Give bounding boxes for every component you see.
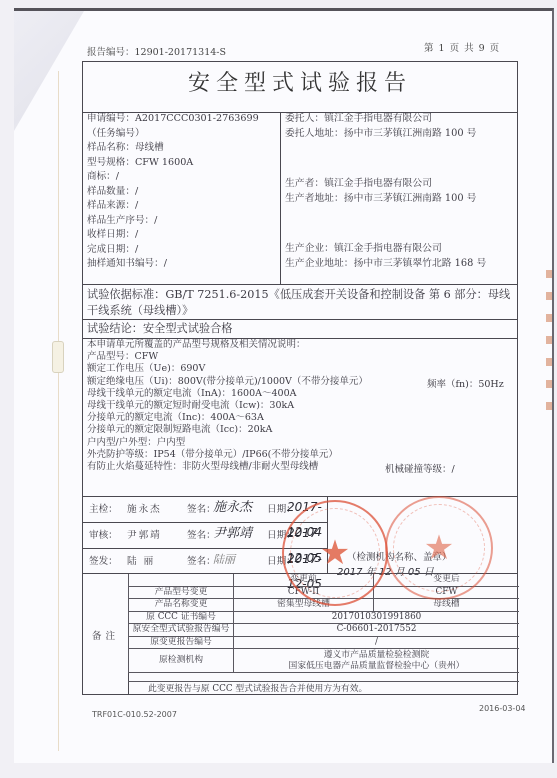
form-date: 2016-03-04 [479, 704, 526, 713]
producer-address: 生产者地址：扬中市三茅镇江洲南路 100 号 [280, 192, 519, 207]
handwritten-signature: 施永杰 [213, 495, 252, 520]
table-row: 原 CCC 证书编号 2017010301991860 [129, 611, 520, 624]
spec-ip-rating: 外壳防护等级：IP54（带分接单元）/IP66(不带分接单元） [87, 449, 513, 461]
report-frame: 安全型式试验报告 申请编号：A2017CCC0301-2763699 （任务编号… [82, 61, 518, 695]
institution-seal-stamp: ★ [385, 496, 493, 600]
table-row: 原变更报告编号 / [129, 636, 520, 649]
star-icon: ★ [320, 536, 350, 570]
report-number: 报告编号：12901-20171314-S [87, 44, 226, 58]
original-institution-2: 国家低压电器产品质量监督检验中心（贵州） [234, 661, 519, 672]
test-conclusion: 试验结论：安全型式试验合格 [83, 320, 517, 339]
client-address: 委托人地址：扬中市三茅镇江洲南路 100 号 [280, 127, 519, 142]
applicant-info: 申请编号：A2017CCC0301-2763699 （任务编号） 样品名称：母线… [83, 112, 281, 284]
sample-serial: 样品生产序号：/ [83, 214, 280, 229]
spec-intro: 本申请单元所覆盖的产品型号规格及相关情况说明： [87, 339, 513, 351]
party-info: 委托人：镇江金手指电器有限公司 委托人地址：扬中市三茅镇江洲南路 100 号 生… [280, 112, 519, 284]
folded-corner [14, 11, 84, 131]
spec-indoor-outdoor: 户内型/户外型：户内型 [87, 437, 513, 449]
spec-short-circuit-current: 分接单元的额定限制短路电流（Icc)：20kA [87, 424, 513, 436]
producer-name: 生产者：镇江金手指电器有限公司 [280, 177, 519, 192]
spec-frequency: 频率（fn)：50Hz [427, 376, 504, 390]
binding-line [58, 71, 59, 751]
spec-tapoff-current: 分接单元的额定电流（Inc)：400A～63A [87, 412, 513, 424]
table-row: 原安全型式试验报告编号 C-06601-2017552 [129, 624, 520, 637]
remarks-label: 备注 [83, 574, 129, 695]
client-name: 委托人：镇江金手指电器有限公司 [280, 112, 519, 127]
test-basis: 试验依据标准：GB/T 7251.6-2015《低压成套开关设备和控制设备 第 … [83, 284, 517, 320]
spec-rated-voltage: 额定工作电压（Ue)：690V [87, 363, 513, 375]
remarks-note: 此变更报告与原 CCC 型式试验报告合并使用方为有效。 [128, 681, 519, 695]
page-info: 第 1 页 共 9 页 [424, 40, 500, 54]
model-spec: 型号规格：CFW 1600A [83, 156, 280, 171]
original-institution-1: 遵义市产品质量检验检测院 [234, 650, 519, 661]
staple [52, 341, 64, 373]
product-specs: 本申请单元所覆盖的产品型号规格及相关情况说明： 产品型号：CFW 额定工作电压（… [83, 339, 517, 497]
sample-source: 样品来源：/ [83, 199, 280, 214]
star-icon: ★ [424, 531, 454, 565]
sampling-notice-number: 抽样通知书编号：/ [83, 257, 280, 272]
signature-row-inspector: 主检： 施永杰 签名： 施永杰 日期： 2017-12-04 [83, 497, 327, 523]
sample-quantity: 样品数量：/ [83, 185, 280, 200]
inspection-seal-stamp: ★ [282, 500, 388, 606]
handwritten-signature: 尹郭靖 [213, 521, 252, 546]
form-code: TRF01C-010.52-2007 [92, 710, 177, 719]
application-number: 申请编号：A2017CCC0301-2763699 [83, 112, 280, 127]
spec-model: 产品型号：CFW [87, 351, 513, 363]
report-title: 安全型式试验报告 [83, 62, 517, 113]
handwritten-signature: 陆丽 [213, 547, 235, 572]
manufacturer-address: 生产企业地址：扬中市三茅镇翠竹北路 168 号 [280, 257, 519, 272]
spec-short-time-current: 母线干线单元的额定短时耐受电流（Icw)：30kA [87, 400, 513, 412]
spec-mechanical-impact: 机械碰撞等级：/ [385, 461, 455, 475]
task-number-label: （任务编号） [83, 127, 280, 142]
manufacturer-name: 生产企业：镇江金手指电器有限公司 [280, 242, 519, 257]
table-row: 原检测机构 遵义市产品质量检验检测院 国家低压电器产品质量监督检验中心（贵州） [129, 649, 520, 673]
sample-name: 样品名称：母线槽 [83, 141, 280, 156]
receipt-date: 收样日期：/ [83, 228, 280, 243]
trademark: 商标：/ [83, 170, 280, 185]
edge-stamp-marks [546, 270, 552, 410]
completion-date: 完成日期：/ [83, 243, 280, 258]
